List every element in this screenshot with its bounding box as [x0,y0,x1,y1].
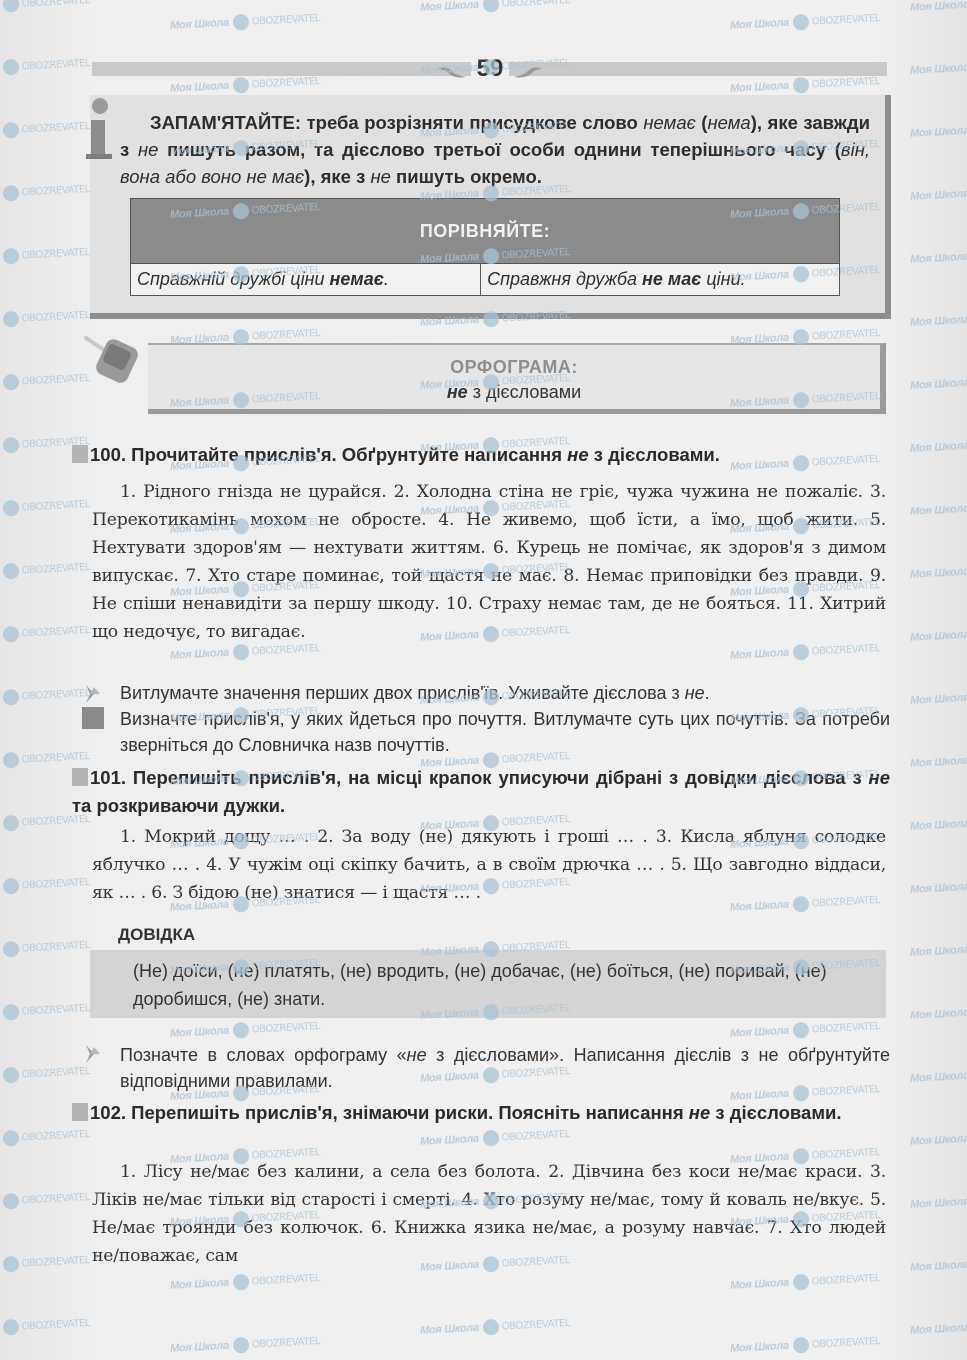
watermark: Моя ШколаOBOZREVATEL [910,181,967,205]
watermark: Моя ШколаOBOZREVATEL [0,307,90,331]
watermark: Моя ШколаOBOZREVATEL [0,496,90,520]
watermark: Моя ШколаOBOZREVATEL [0,370,90,394]
reference-text: (Не) доїси, (не) платять, (не) вродить, … [133,957,878,1013]
watermark: Моя ШколаOBOZREVATEL [170,1270,321,1294]
watermark: Моя ШколаOBOZREVATEL [910,0,967,16]
watermark: Моя ШколаOBOZREVATEL [0,559,90,583]
watermark: Моя ШколаOBOZREVATEL [910,874,967,898]
watermark: Моя ШколаOBOZREVATEL [0,1126,90,1150]
exercise-100-body: 1. Рідного гнізда не цурайся. 2. Холодна… [92,478,886,646]
pda-icon [82,330,142,390]
compare-left-cell: Справжній дружбі ціни немає. [131,264,481,296]
remember-rule-text: ЗАПАМ'ЯТАЙТЕ: треба розрізняти присудков… [120,109,870,190]
watermark: Моя ШколаOBOZREVATEL [730,1018,881,1042]
textbook-page: 59 ЗАПАМ'ЯТАЙТЕ: треба розрізняти присуд… [0,0,967,1360]
watermark: Моя ШколаOBOZREVATEL [0,181,90,205]
watermark: Моя ШколаOBOZREVATEL [0,937,90,961]
reference-title: ДОВІДКА [118,925,195,945]
watermark: Моя ШколаOBOZREVATEL [0,1063,90,1087]
watermark: Моя ШколаOBOZREVATEL [170,10,321,34]
exercise-101-instruction: 101. Перепишіть прислів'я, на місці крап… [72,764,890,820]
watermark: Моя ШколаOBOZREVATEL [910,433,967,457]
compare-header: ПОРІВНЯЙТЕ: [131,199,840,264]
info-icon [84,98,114,160]
watermark: Моя ШколаOBOZREVATEL [910,937,967,961]
watermark: Моя ШколаOBOZREVATEL [730,1333,881,1357]
watermark: Моя ШколаOBOZREVATEL [0,1000,90,1024]
watermark: Моя ШколаOBOZREVATEL [910,370,967,394]
watermark: Моя ШколаOBOZREVATEL [910,811,967,835]
watermark: Моя ШколаOBOZREVATEL [420,1315,571,1339]
page-number: 59 [471,52,510,86]
watermark: Моя ШколаOBOZREVATEL [910,244,967,268]
watermark: Моя ШколаOBOZREVATEL [910,1126,967,1150]
exercise-101-note: Позначте в словах орфограму «не з дієсло… [120,1042,890,1094]
watermark: Моя ШколаOBOZREVATEL [0,1315,90,1339]
exercise-100-instruction: 100. Прочитайте прислів'я. Обґрунтуйте н… [72,441,890,469]
arrow-icon [82,1043,104,1065]
watermark: Моя ШколаOBOZREVATEL [730,73,881,97]
right-swirl-ornament-icon [514,65,542,79]
watermark: Моя ШколаOBOZREVATEL [910,1063,967,1087]
watermark: Моя ШколаOBOZREVATEL [910,1315,967,1339]
square-icon [82,707,104,729]
compare-right-cell: Справжня дружба не має ціни. [481,264,840,296]
watermark: Моя ШколаOBOZREVATEL [170,1333,321,1357]
watermark: Моя ШколаOBOZREVATEL [0,874,90,898]
compare-table: ПОРІВНЯЙТЕ: Справжній дружбі ціни немає.… [130,198,840,296]
arrow-icon [82,683,104,705]
orthogram-title: ОРФОГРАМА: [148,357,880,378]
watermark: Моя ШколаOBOZREVATEL [170,1018,321,1042]
watermark: Моя ШколаOBOZREVATEL [910,1000,967,1024]
watermark: Моя ШколаOBOZREVATEL [0,118,90,142]
watermark: Моя ШколаOBOZREVATEL [0,55,90,79]
watermark: Моя ШколаOBOZREVATEL [910,307,967,331]
exercise-100-note-2: Визначте прислів'я, у яких йдеться про п… [120,706,890,758]
watermark: Моя ШколаOBOZREVATEL [730,1270,881,1294]
watermark: Моя ШколаOBOZREVATEL [0,622,90,646]
watermark: Моя ШколаOBOZREVATEL [910,559,967,583]
watermark: Моя ШколаOBOZREVATEL [910,1252,967,1276]
orthogram-subtitle: не з дієсловами [148,382,880,403]
watermark: Моя ШколаOBOZREVATEL [910,622,967,646]
watermark: Моя ШколаOBOZREVATEL [910,748,967,772]
watermark: Моя ШколаOBOZREVATEL [0,1189,90,1213]
watermark: Моя ШколаOBOZREVATEL [170,73,321,97]
exercise-102-body: 1. Лісу не/має без калини, а села без бо… [92,1158,886,1270]
orthogram-box: ОРФОГРАМА: не з дієсловами [148,343,886,414]
watermark: Моя ШколаOBOZREVATEL [910,496,967,520]
exercise-100-note-1: Витлумачте значення перших двох прислів'… [120,680,890,706]
watermark: Моя ШколаOBOZREVATEL [730,10,881,34]
watermark: Моя ШколаOBOZREVATEL [0,1252,90,1276]
watermark: Моя ШколаOBOZREVATEL [0,0,90,16]
exercise-102-instruction: 102. Перепишіть прислів'я, знімаючи риск… [72,1099,890,1127]
exercise-101-body: 1. Мокрий дощу … . 2. За воду (не) дякую… [92,823,886,907]
watermark: Моя ШколаOBOZREVATEL [0,685,90,709]
left-swirl-ornament-icon [438,65,466,79]
watermark: Моя ШколаOBOZREVATEL [910,1189,967,1213]
watermark: Моя ШколаOBOZREVATEL [910,685,967,709]
watermark: Моя ШколаOBOZREVATEL [910,55,967,79]
watermark: Моя ШколаOBOZREVATEL [420,1126,571,1150]
watermark: Моя ШколаOBOZREVATEL [420,0,571,16]
watermark: Моя ШколаOBOZREVATEL [0,244,90,268]
watermark: Моя ШколаOBOZREVATEL [910,118,967,142]
page-header: 59 [420,52,560,86]
